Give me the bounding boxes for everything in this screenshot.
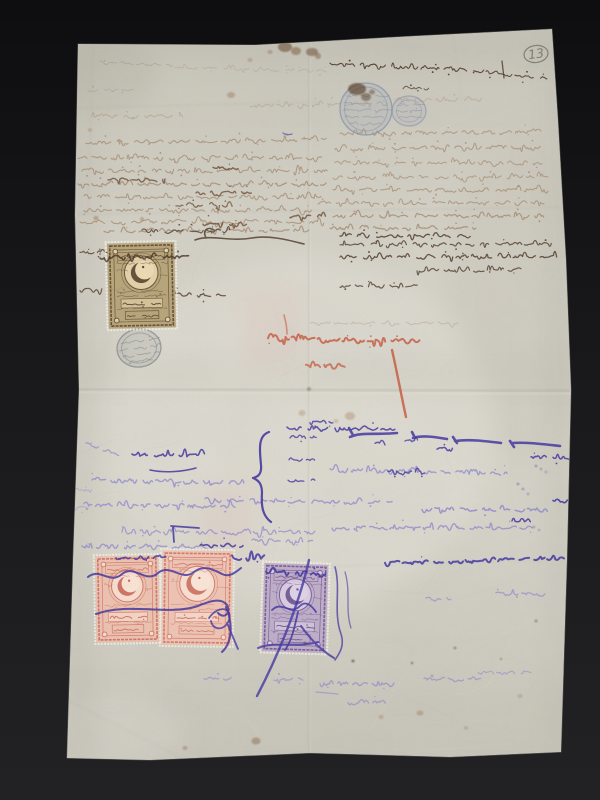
paper-sheet bbox=[35, 25, 595, 772]
stain-spot bbox=[538, 529, 540, 531]
stain-spot bbox=[252, 738, 261, 745]
stain-spot bbox=[315, 53, 321, 59]
stain-spot bbox=[299, 410, 306, 416]
revenue-stamp-pink-2 bbox=[160, 549, 234, 647]
stain-spot bbox=[334, 419, 339, 423]
stain-spot bbox=[351, 660, 354, 663]
stain-spot bbox=[454, 647, 457, 649]
stain-spot bbox=[94, 216, 99, 220]
oval-seal-blue-small bbox=[392, 96, 426, 126]
stain-spot bbox=[417, 711, 424, 716]
stain-spot bbox=[379, 715, 384, 719]
stain-spot bbox=[140, 217, 144, 221]
stain-spot bbox=[500, 658, 502, 660]
stain-spot bbox=[533, 526, 535, 528]
stain-spot bbox=[527, 493, 529, 495]
stain-spot bbox=[545, 471, 547, 473]
stain-spot bbox=[540, 468, 542, 470]
stain-spot bbox=[183, 746, 188, 750]
stain-spot bbox=[348, 83, 366, 95]
stain-spot bbox=[535, 620, 538, 622]
stain-spot bbox=[248, 58, 253, 62]
document-photo: 13 bbox=[0, 0, 600, 800]
stain-spot bbox=[411, 662, 414, 664]
stain-spot bbox=[535, 465, 537, 467]
photo-stage: 13 bbox=[0, 0, 600, 800]
stain-spot bbox=[431, 675, 433, 677]
stain-spot bbox=[361, 93, 371, 101]
stain-spot bbox=[291, 47, 301, 55]
archive-number: 13 bbox=[527, 45, 545, 62]
stain-spot bbox=[464, 726, 468, 729]
stain-spot bbox=[517, 483, 519, 485]
stain-spot bbox=[304, 642, 307, 645]
stain-spot bbox=[369, 90, 375, 95]
stain-spot bbox=[307, 387, 311, 391]
stain-spot bbox=[522, 488, 524, 490]
stain-spot bbox=[345, 412, 355, 420]
round-seal-blue-large bbox=[340, 83, 393, 135]
revenue-stamp-pink-1 bbox=[94, 554, 162, 644]
stain-spot bbox=[227, 92, 235, 98]
revenue-stamp-brown bbox=[106, 241, 178, 330]
stain-spot bbox=[88, 128, 92, 131]
stain-spot bbox=[268, 50, 273, 54]
stain-spot bbox=[518, 694, 523, 698]
